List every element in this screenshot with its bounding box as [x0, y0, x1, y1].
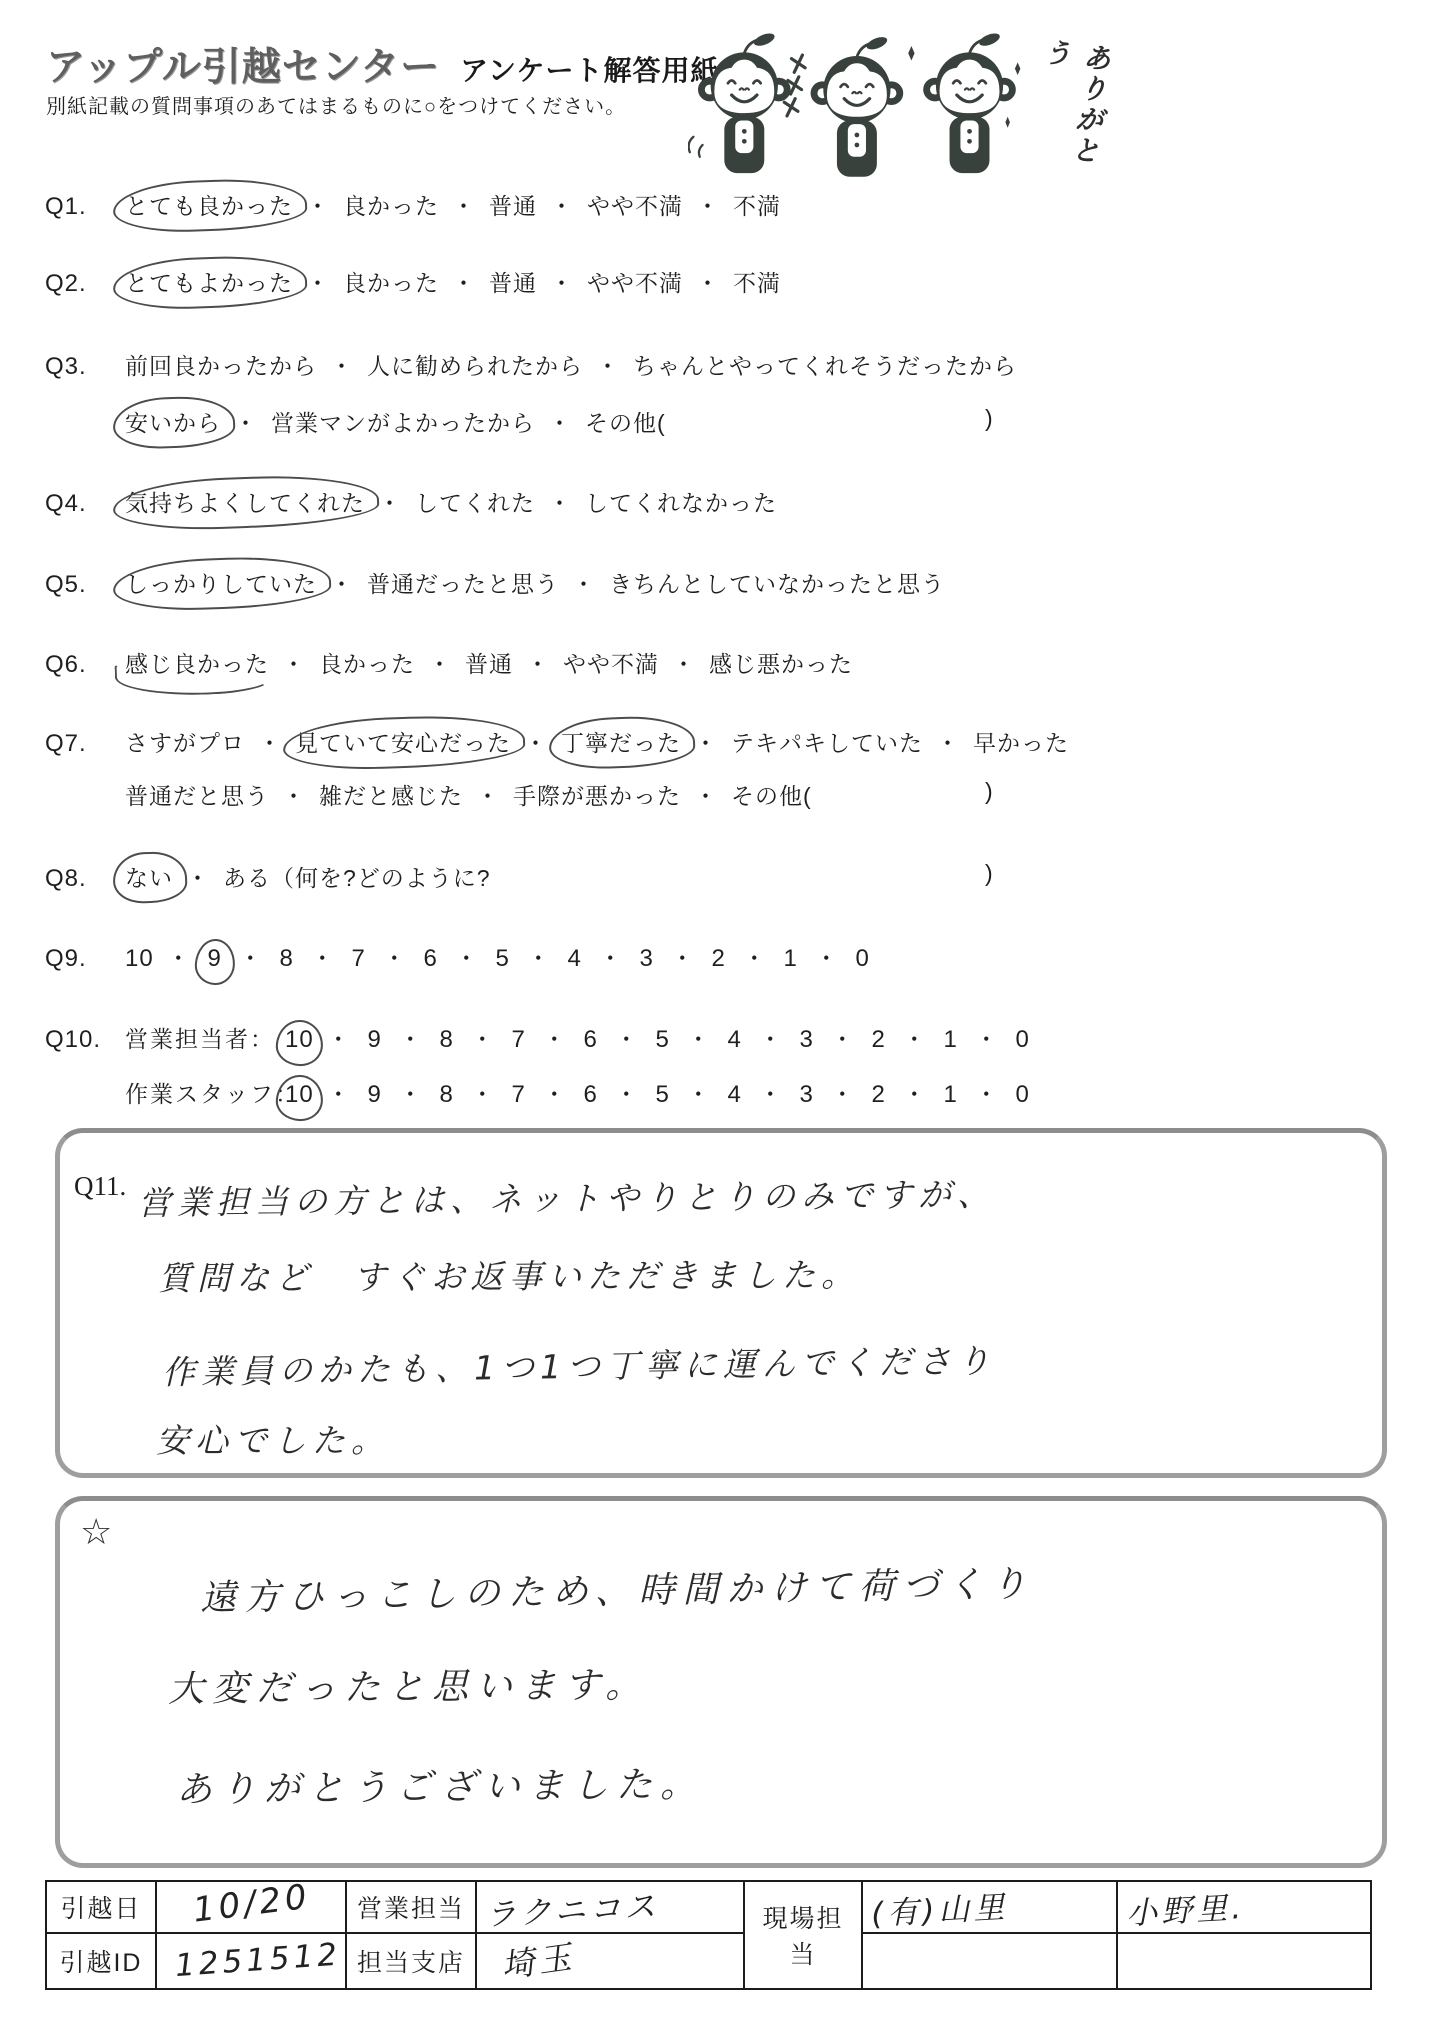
site-staff-empty-cell-1 — [862, 1933, 1117, 1989]
score-option: 7 — [508, 1026, 530, 1054]
option: 普通 — [465, 646, 513, 679]
option-separator: ・ — [696, 270, 720, 296]
score-option: 3 — [796, 1081, 818, 1109]
score-option: 5 — [492, 945, 514, 973]
option-separator: ・ — [975, 1026, 999, 1052]
option: 普通だったと思う — [367, 566, 559, 599]
score-option: 4 — [564, 945, 586, 973]
option: 普通 — [489, 265, 537, 298]
handwritten-comment-line: 大変だったと思います。 — [168, 1657, 650, 1712]
score-option: 1 — [940, 1081, 962, 1109]
option-selected: 感じ良かった — [125, 646, 269, 679]
option-separator: ・ — [596, 353, 620, 379]
score-row-label: 作業スタッフ： — [125, 1076, 285, 1109]
sales-rep-label: 営業担当 — [346, 1881, 476, 1933]
move-id-label: 引越ID — [46, 1933, 156, 1989]
option-separator: ・ — [671, 945, 695, 971]
move-date-cell: 10/20 — [156, 1881, 346, 1933]
option-separator: ・ — [550, 270, 574, 296]
option-separator: ・ — [524, 730, 548, 756]
option-separator: ・ — [687, 1026, 711, 1052]
question-q9: Q9.10・9・8・7・6・5・4・3・2・1・0 — [45, 940, 874, 973]
option: その他( — [585, 405, 666, 438]
option: ちゃんとやってくれそうだったから — [633, 348, 1017, 381]
option-separator: ・ — [258, 730, 282, 756]
branch-label: 担当支店 — [346, 1933, 476, 1989]
question-q4: Q4.気持ちよくしてくれた・してくれた・してくれなかった — [45, 485, 777, 518]
score-option: 0 — [1012, 1026, 1034, 1054]
handwritten-comment-line: 安心でした。 — [156, 1415, 390, 1462]
option-separator: ・ — [234, 410, 258, 436]
option-separator: ・ — [526, 651, 550, 677]
option-separator: ・ — [282, 783, 306, 809]
option-separator: ・ — [455, 945, 479, 971]
score-option: 4 — [724, 1026, 746, 1054]
question-number: Q5. — [45, 571, 125, 599]
score-option: 5 — [652, 1081, 674, 1109]
option: 感じ悪かった — [709, 646, 853, 679]
option-separator: ・ — [452, 270, 476, 296]
survey-sheet: アップル引越センター アンケート解答用紙 別紙記載の質問事項のあてはまるものに○… — [0, 0, 1433, 2023]
option: 前回良かったから — [125, 348, 317, 381]
option-separator: ・ — [936, 730, 960, 756]
option: してくれなかった — [585, 485, 777, 518]
option-separator: ・ — [399, 1081, 423, 1107]
score-option: 2 — [868, 1026, 890, 1054]
option-separator: ・ — [306, 193, 330, 219]
question-number: Q10. — [45, 1026, 125, 1054]
option: 不満 — [733, 265, 781, 298]
score-row-label: 営業担当者： — [125, 1021, 285, 1054]
option-separator: ・ — [330, 571, 354, 597]
option-separator: ・ — [327, 1026, 351, 1052]
option-selected: とても良かった — [125, 188, 293, 221]
score-option: 2 — [708, 945, 730, 973]
option: 営業マンがよかったから — [271, 405, 535, 438]
option: 普通 — [489, 188, 537, 221]
close-paren: ) — [985, 405, 994, 432]
question-q1: Q1.とても良かった・良かった・普通・やや不満・不満 — [45, 188, 781, 221]
question-number: Q3. — [45, 353, 125, 381]
option: 良かった — [343, 265, 439, 298]
score-option: 0 — [852, 945, 874, 973]
question-number: Q11. — [74, 1171, 126, 1202]
option-separator: ・ — [903, 1026, 927, 1052]
option: 普通だと思う — [125, 778, 269, 811]
site-staff-empty-cell-2 — [1117, 1933, 1371, 1989]
question-q2: Q2.とてもよかった・良かった・普通・やや不満・不満 — [45, 265, 781, 298]
question-q10-row1: Q10.営業担当者：10・9・8・7・6・5・4・3・2・1・0 — [45, 1021, 1034, 1054]
score-option: 6 — [580, 1081, 602, 1109]
option: 良かった — [343, 188, 439, 221]
option: やや不満 — [563, 646, 659, 679]
question-number: Q4. — [45, 490, 125, 518]
option-separator: ・ — [167, 945, 191, 971]
option-separator: ・ — [186, 865, 210, 891]
option-separator: ・ — [548, 490, 572, 516]
question-number: Q2. — [45, 270, 125, 298]
option: 雑だと感じた — [319, 778, 463, 811]
option: さすがプロ — [125, 725, 245, 758]
option-selected: 丁寧だった — [561, 725, 681, 758]
option: 早かった — [973, 725, 1069, 758]
score-option: 7 — [348, 945, 370, 973]
question-number: Q6. — [45, 651, 125, 679]
option-separator: ・ — [615, 1081, 639, 1107]
option-separator: ・ — [452, 193, 476, 219]
q11-comment-box: Q11. 営業担当の方とは、ネットやりとりのみですが、 質問など すぐお返事いた… — [55, 1128, 1387, 1478]
site-staff-cell-1: (有)山里 — [862, 1881, 1117, 1933]
star-icon: ☆ — [80, 1511, 112, 1553]
option-selected: 見ていて安心だった — [295, 725, 511, 758]
score-selected: 9 — [204, 945, 226, 973]
handwritten-comment-line: 作業員のかたも、1つ1つ丁寧に運んでくださり — [162, 1335, 997, 1394]
option: きちんとしていなかったと思う — [609, 566, 945, 599]
move-date-label: 引越日 — [46, 1881, 156, 1933]
option-separator: ・ — [428, 651, 452, 677]
option-separator: ・ — [550, 193, 574, 219]
option-separator: ・ — [327, 1081, 351, 1107]
branch-cell: 埼玉 — [476, 1933, 744, 1989]
option-separator: ・ — [831, 1026, 855, 1052]
option-separator: ・ — [759, 1026, 783, 1052]
option-selected: とてもよかった — [125, 265, 293, 298]
score-option: 1 — [940, 1026, 962, 1054]
option-separator: ・ — [975, 1081, 999, 1107]
option-separator: ・ — [696, 193, 720, 219]
question-q8: Q8.ない・ある（何を?どのように?) — [45, 860, 491, 893]
question-number: Q1. — [45, 193, 125, 221]
option-selected: 気持ちよくしてくれた — [125, 485, 365, 518]
option-selected: しっかりしていた — [125, 566, 317, 599]
option-separator: ・ — [743, 945, 767, 971]
question-q10-row2: 作業スタッフ：10・9・8・7・6・5・4・3・2・1・0 — [45, 1076, 1034, 1109]
option: してくれた — [415, 485, 535, 518]
score-option: 3 — [636, 945, 658, 973]
handwritten-comment-line: ありがとうございました。 — [176, 1756, 705, 1813]
site-staff-label: 現場担当 — [744, 1881, 862, 1989]
option: 不満 — [733, 188, 781, 221]
score-option: 2 — [868, 1081, 890, 1109]
star-comment-box: ☆ 遠方ひっこしのため、時間かけて荷づくり 大変だったと思います。 ありがとうご… — [55, 1496, 1387, 1868]
option-separator: ・ — [471, 1026, 495, 1052]
question-q6: Q6.感じ良かった・良かった・普通・やや不満・感じ悪かった — [45, 646, 853, 679]
score-option: 8 — [276, 945, 298, 973]
score-option: 6 — [420, 945, 442, 973]
score-option: 8 — [436, 1081, 458, 1109]
score-option: 7 — [508, 1081, 530, 1109]
option-separator: ・ — [311, 945, 335, 971]
score-option: 9 — [364, 1081, 386, 1109]
score-option: 0 — [1012, 1081, 1034, 1109]
option-separator: ・ — [543, 1081, 567, 1107]
handwritten-comment-line: 遠方ひっこしのため、時間かけて荷づくり — [200, 1556, 1035, 1622]
question-q3-line2: 安いから・営業マンがよかったから・その他() — [45, 405, 666, 438]
option-separator: ・ — [330, 353, 354, 379]
sales-rep-cell: ラクニコス — [476, 1881, 744, 1933]
score-option: 10 — [125, 945, 154, 973]
option-separator: ・ — [476, 783, 500, 809]
option-separator: ・ — [543, 1026, 567, 1052]
monkey-mascot-icon — [688, 26, 1024, 184]
site-staff-value-2: 小野里. — [1125, 1881, 1246, 1932]
option-separator: ・ — [694, 783, 718, 809]
question-number: Q7. — [45, 730, 125, 758]
page-title: アンケート解答用紙 — [460, 49, 719, 92]
move-id-value: 1251512 — [174, 1937, 342, 1984]
site-staff-value-1: (有)山里 — [870, 1881, 1009, 1933]
score-option: 5 — [652, 1026, 674, 1054]
handwritten-comment-line: 営業担当の方とは、ネットやりとりのみですが、 — [138, 1169, 996, 1225]
header: アップル引越センター アンケート解答用紙 — [46, 36, 719, 92]
option-separator: ・ — [759, 1081, 783, 1107]
option-separator: ・ — [815, 945, 839, 971]
question-number: Q9. — [45, 945, 125, 973]
option-separator: ・ — [672, 651, 696, 677]
move-date-value: 10/20 — [191, 1877, 313, 1931]
site-staff-cell-2: 小野里. — [1117, 1881, 1371, 1933]
question-number: Q8. — [45, 865, 125, 893]
option: その他( — [731, 778, 812, 811]
question-q7-line1: Q7.さすがプロ・見ていて安心だった・丁寧だった・テキパキしていた・早かった — [45, 725, 1069, 758]
score-option: 6 — [580, 1026, 602, 1054]
score-option: 4 — [724, 1081, 746, 1109]
handwritten-comment-line: 質問など すぐお返事いただきました。 — [158, 1249, 860, 1300]
score-selected: 10 — [285, 1026, 314, 1054]
option-separator: ・ — [306, 270, 330, 296]
score-option: 8 — [436, 1026, 458, 1054]
option-separator: ・ — [694, 730, 718, 756]
option-separator: ・ — [687, 1081, 711, 1107]
score-option: 3 — [796, 1026, 818, 1054]
company-logo: アップル引越センター — [46, 36, 440, 92]
option: テキパキしていた — [731, 725, 923, 758]
option-separator: ・ — [615, 1026, 639, 1052]
option: ある（何を?どのように? — [223, 860, 491, 893]
score-selected: 10 — [285, 1081, 314, 1109]
instruction-text: 別紙記載の質問事項のあてはまるものに○をつけてください。 — [46, 90, 626, 119]
option-separator: ・ — [903, 1081, 927, 1107]
option-separator: ・ — [282, 651, 306, 677]
score-option: 9 — [364, 1026, 386, 1054]
option-selected: 安いから — [125, 405, 221, 438]
option: やや不満 — [587, 188, 683, 221]
close-paren: ) — [985, 860, 994, 887]
branch-value: 埼玉 — [498, 1930, 578, 1987]
option-separator: ・ — [399, 1026, 423, 1052]
option-separator: ・ — [527, 945, 551, 971]
option-separator: ・ — [239, 945, 263, 971]
footer-table: 引越日 10/20 営業担当 ラクニコス 現場担当 (有)山里 小野里. 引越I… — [45, 1880, 1372, 1990]
question-q5: Q5.しっかりしていた・普通だったと思う・きちんとしていなかったと思う — [45, 566, 945, 599]
option-separator: ・ — [383, 945, 407, 971]
option-separator: ・ — [831, 1081, 855, 1107]
option: 人に勧められたから — [367, 348, 583, 381]
option-separator: ・ — [378, 490, 402, 516]
option: 手際が悪かった — [513, 778, 681, 811]
thanks-vertical-text: ありがとう — [1019, 36, 1117, 195]
option-separator: ・ — [572, 571, 596, 597]
option-separator: ・ — [548, 410, 572, 436]
sales-rep-value: ラクニコス — [484, 1880, 661, 1934]
option: やや不満 — [587, 265, 683, 298]
option: 良かった — [319, 646, 415, 679]
option-selected: ない — [125, 860, 173, 893]
question-q3-line1: Q3.前回良かったから・人に勧められたから・ちゃんとやってくれそうだったから — [45, 348, 1017, 381]
move-id-cell: 1251512 — [156, 1933, 346, 1989]
mascot-illustration — [688, 26, 1024, 189]
score-option: 1 — [780, 945, 802, 973]
question-q7-line2: 普通だと思う・雑だと感じた・手際が悪かった・その他() — [45, 778, 812, 811]
option-separator: ・ — [471, 1081, 495, 1107]
close-paren: ) — [985, 778, 994, 805]
option-separator: ・ — [599, 945, 623, 971]
